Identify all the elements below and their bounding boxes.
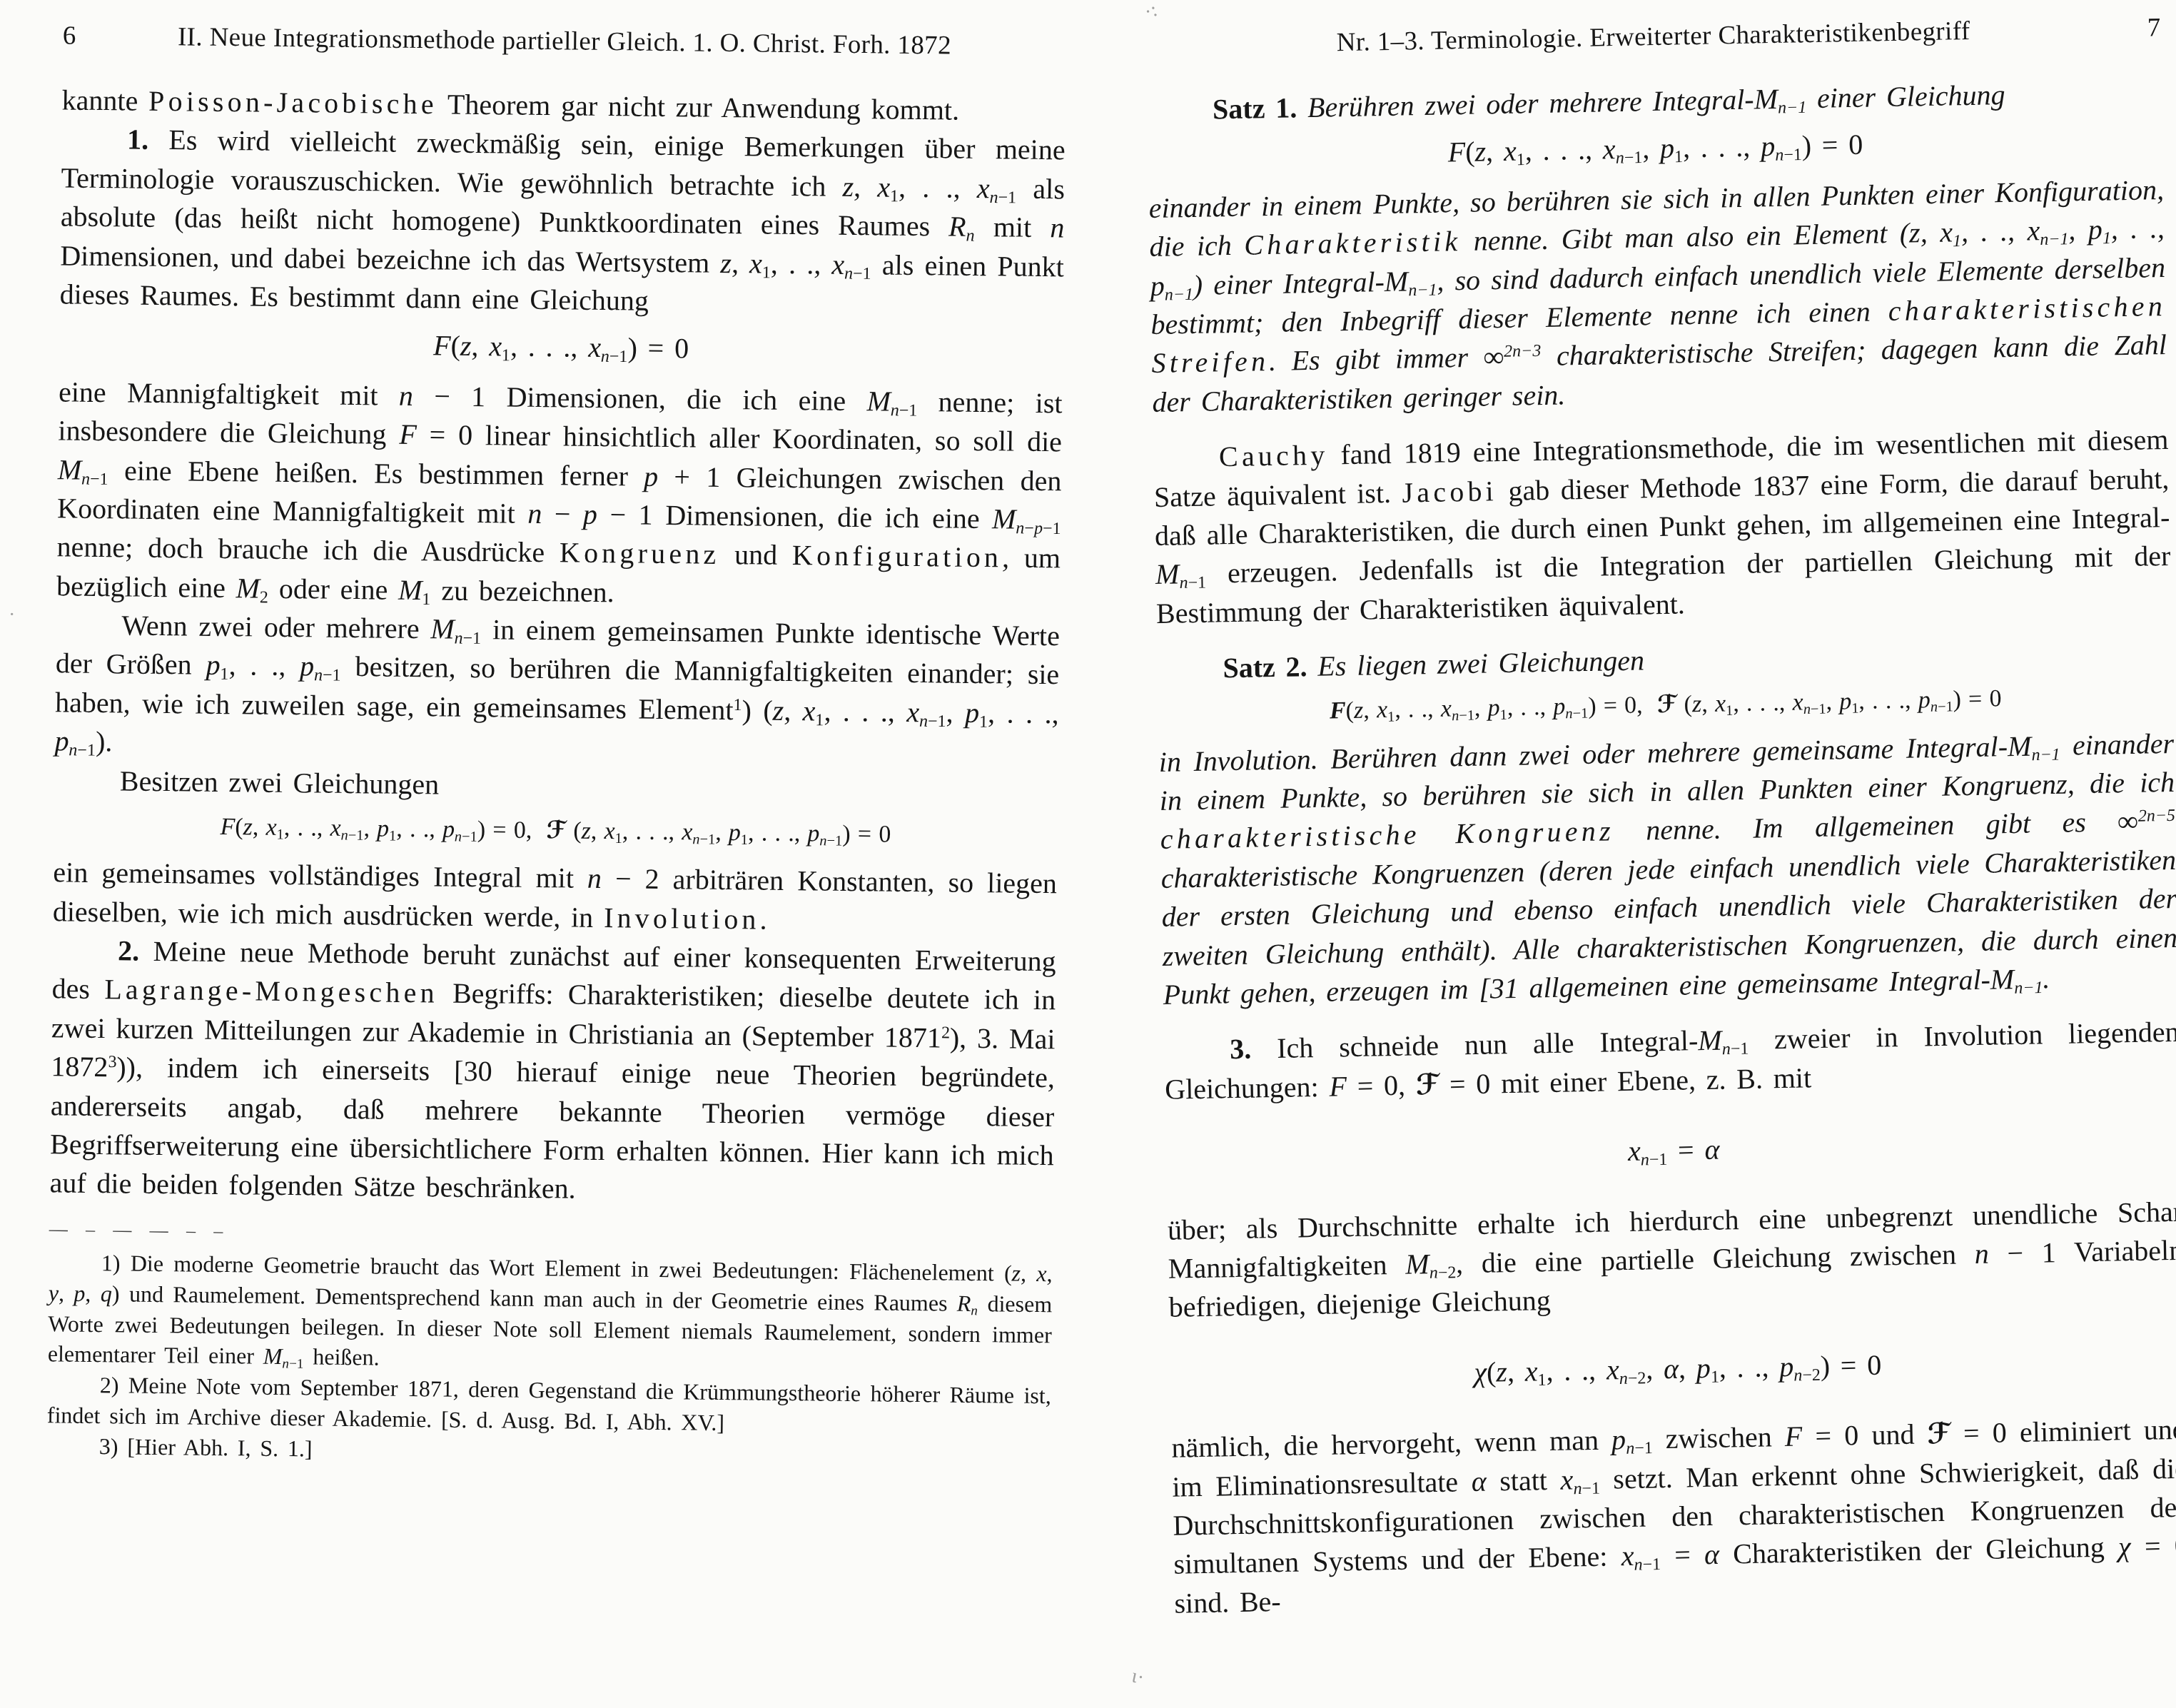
equation-satz1: F(z, x1, . . ., xn−1, p1, . . ., pn−1) =…: [1147, 120, 2162, 177]
page-number-right: 7: [2103, 12, 2161, 44]
equation-satz2-pair: F(z, x1, . ., xn−1, p1, . ., pn−1) = 0, …: [1158, 679, 2173, 731]
page-left-content: 6 II. Neue Integrationsmethode partielle…: [46, 20, 1066, 1472]
paragraph-naemlich: nämlich, die hervorgeht, wenn man pn−1 z…: [1170, 1410, 2176, 1623]
scan-artifact: ·: [9, 604, 15, 627]
page-right-body: Satz 1. Berühren zwei oder mehrere Integ…: [1146, 73, 2176, 1623]
paragraph-wenn-zwei: Wenn zwei oder mehrere Mn−1 in einem gem…: [54, 605, 1060, 772]
equation-involution-pair: F(z, x1, . ., xn−1, p1, . ., pn−1) = 0, …: [54, 808, 1058, 853]
page-right: Nr. 1–3. Terminologie. Erweiterter Chara…: [1088, 0, 2176, 1708]
footnote-separator: — – — — – –: [49, 1220, 1053, 1250]
section-2-paragraph: 2. Meine neue Methode beruht zunächst au…: [49, 931, 1056, 1214]
running-head-right: Nr. 1–3. Terminologie. Erweiterter Chara…: [1203, 14, 2104, 61]
page-left-header: 6 II. Neue Integrationsmethode partielle…: [63, 20, 1067, 62]
header-spacer-left: [1009, 54, 1066, 55]
book-spread: 6 II. Neue Integrationsmethode partielle…: [0, 0, 2176, 1708]
paragraph-cauchy: Cauchy fand 1819 eine Integrationsmethod…: [1153, 420, 2171, 633]
equation-F-zero: F(z, x1, . . ., xn−1) = 0: [59, 323, 1063, 373]
footnote-2: 2) Meine Note vom September 1871, deren …: [47, 1370, 1051, 1442]
satz-1-continuation: einander in einem Punkte, so berühren si…: [1148, 171, 2167, 422]
page-right-content: Nr. 1–3. Terminologie. Erweiterter Chara…: [1145, 12, 2176, 1623]
satz-1: Satz 1. Berühren zwei oder mehrere Integ…: [1146, 73, 2162, 130]
header-spacer-right: [1145, 54, 1203, 54]
equation-x-alpha: xn−1 = α: [1165, 1122, 2176, 1179]
satz-2-continuation: in Involution. Berühren dann zwei oder m…: [1158, 724, 2176, 1015]
section-1-paragraph: 1. Es wird vielleicht zweckmäßig sein, e…: [59, 120, 1065, 325]
page-left-body: kannte Poisson-Jacobische Theorem gar ni…: [46, 81, 1066, 1472]
running-head-left: II. Neue Integrationsmethode partieller …: [120, 21, 1010, 61]
paragraph-mannigfaltigkeit: eine Mannigfaltigkeit mit n − 1 Dimensio…: [56, 373, 1063, 617]
satz-2: Satz 2. Es liegen zwei Gleichungen: [1156, 632, 2172, 689]
paragraph-integral: ein gemeinsames vollständiges Integral m…: [53, 854, 1058, 943]
page-left: 6 II. Neue Integrationsmethode partielle…: [0, 0, 1088, 1708]
equation-chi: χ(z, x1, . ., xn−2, α, p1, . ., pn−2) = …: [1170, 1340, 2176, 1398]
section-3-paragraph: 3. Ich schneide nun alle Integral-Mn−1 z…: [1163, 1013, 2176, 1109]
page-right-header: Nr. 1–3. Terminologie. Erweiterter Chara…: [1145, 12, 2161, 61]
page-number-left: 6: [63, 20, 120, 51]
footnote-1: 1) Die moderne Geometrie braucht das Wor…: [48, 1247, 1053, 1380]
paragraph-ueber: über; als Durchschnitte erhalte ich hier…: [1167, 1192, 2176, 1327]
